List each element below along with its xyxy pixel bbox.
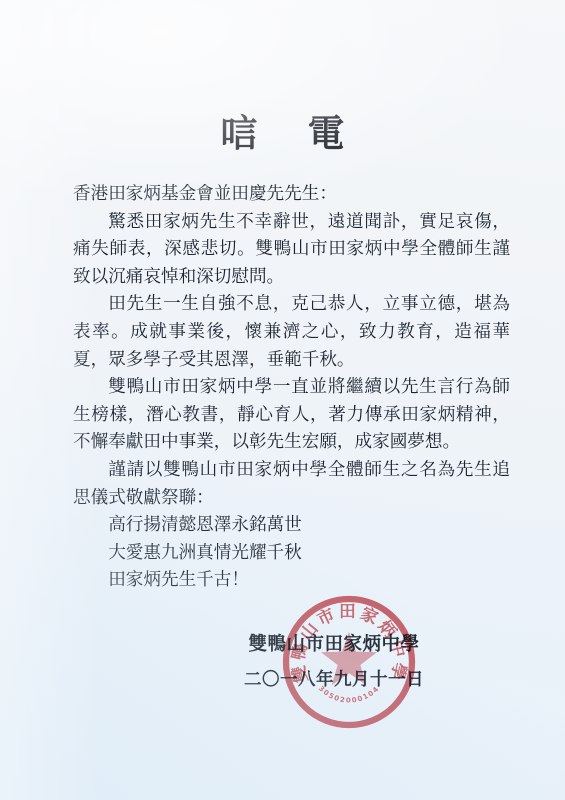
letter-paragraph-3: 雙鴨山市田家炳中學一直並將繼續以先生言行為師生榜樣，潛心教書，靜心育人，著力傳承… — [73, 373, 510, 456]
letter-title-char-1: 唁 — [221, 103, 258, 157]
letter-paragraph-4: 謹請以雙鴨山市田家炳中學全體師生之名為先生追思儀式敬獻祭聯： — [73, 456, 510, 511]
star-icon — [321, 632, 377, 685]
elegiac-couplet-line-1: 高行揚清懿恩澤永銘萬世 — [73, 511, 510, 539]
condolence-letter-page: 唁 電 香港田家炳基金會並田慶先先生： 驚悉田家炳先生不幸辭世，遠道聞訃，實足哀… — [0, 0, 565, 800]
letter-paragraph-1: 驚悉田家炳先生不幸辭世，遠道聞訃，實足哀傷，痛失師表，深感悲切。雙鴨山市田家炳中… — [73, 208, 510, 291]
letter-body: 香港田家炳基金會並田慶先先生： 驚悉田家炳先生不幸辭世，遠道聞訃，實足哀傷，痛失… — [73, 180, 510, 594]
letter-salutation: 香港田家炳基金會並田慶先先生： — [73, 180, 510, 208]
letter-closing-line: 田家炳先生千古！ — [73, 566, 510, 594]
letter-title: 唁 電 — [0, 103, 565, 157]
elegiac-couplet-line-2: 大愛惠九洲真情光耀千秋 — [73, 539, 510, 567]
letter-title-char-2: 電 — [308, 103, 345, 157]
letter-paragraph-2: 田先生一生自強不息，克己恭人，立事立德，堪為表率。成就事業後，懷兼濟之心，致力教… — [73, 290, 510, 373]
official-seal-stamp: 雙鴨山市田家炳中學 2305020001049 — [279, 592, 419, 732]
